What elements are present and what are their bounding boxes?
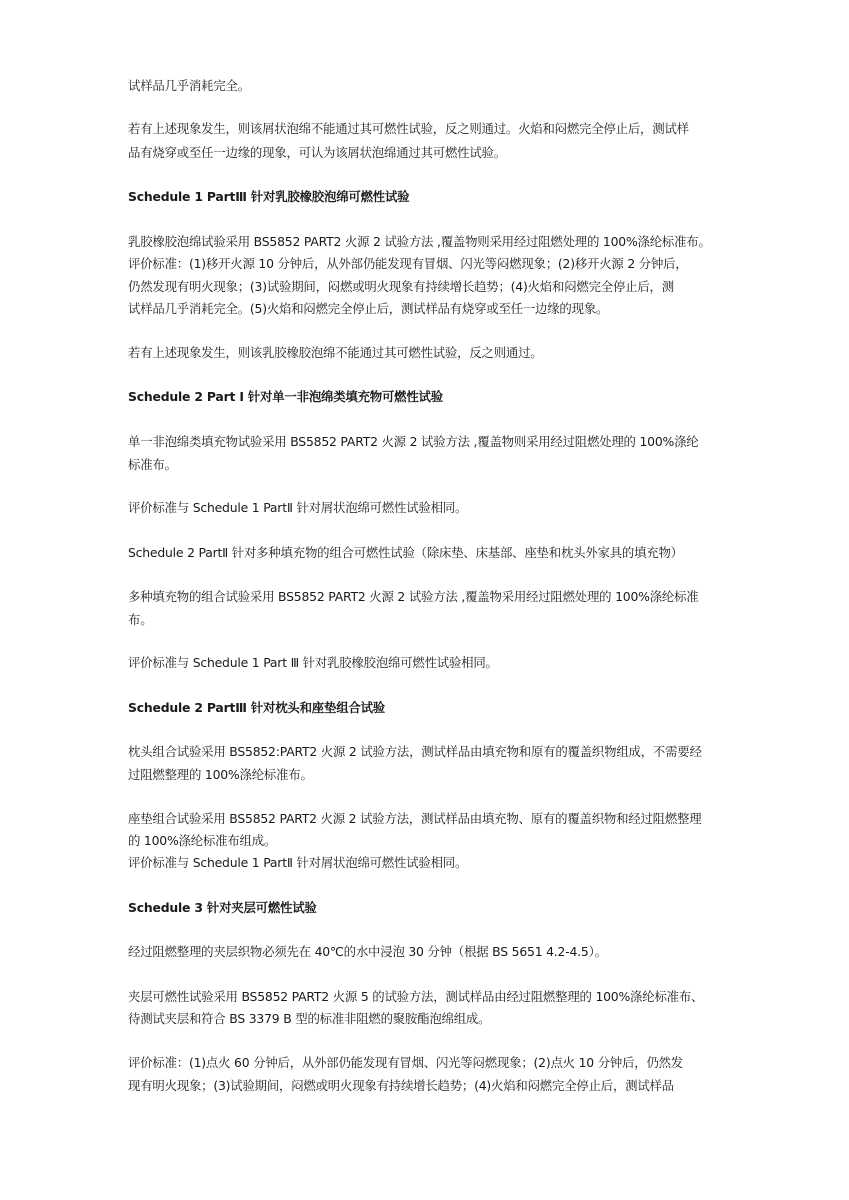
- paragraph-line: 评价标准：(1)点火 60 分钟后，从外部仍能发现有冒烟、闪光等闷燃现象；(2)…: [128, 1055, 683, 1071]
- paragraph-line: 标准布。: [128, 457, 177, 473]
- paragraph-line: 枕头组合试验采用 BS5852:PART2 火源 2 试验方法，测试样品由填充物…: [128, 744, 702, 760]
- section-heading: Schedule 2 PartⅢ 针对枕头和座垫组合试验: [128, 700, 385, 716]
- paragraph-line: 评价标准与 Schedule 1 Part Ⅲ 针对乳胶橡胶泡绵可燃性试验相同。: [128, 655, 498, 671]
- paragraph-line: 过阻燃整理的 100%涤纶标准布。: [128, 767, 313, 783]
- paragraph-line: 若有上述现象发生，则该乳胶橡胶泡绵不能通过其可燃性试验，反之则通过。: [128, 345, 542, 361]
- paragraph-line: 待测试夹层和符合 BS 3379 B 型的标准非阻燃的聚胺酯泡绵组成。: [128, 1011, 490, 1027]
- paragraph-line: 座垫组合试验采用 BS5852 PART2 火源 2 试验方法，测试样品由填充物…: [128, 811, 701, 827]
- paragraph-line: 评价标准与 Schedule 1 PartⅡ 针对屑状泡绵可燃性试验相同。: [128, 500, 467, 516]
- paragraph-line: 试样品几乎消耗完全。(5)火焰和闷燃完全停止后，测试样品有烧穿或至任一边缘的现象…: [128, 301, 608, 317]
- paragraph-line: 多种填充物的组合试验采用 BS5852 PART2 火源 2 试验方法 ,覆盖物…: [128, 589, 699, 605]
- paragraph-line: 试样品几乎消耗完全。: [128, 78, 250, 94]
- paragraph-line: 经过阻燃整理的夹层织物必须先在 40℃的水中浸泡 30 分钟（根据 BS 565…: [128, 944, 607, 960]
- paragraph-line: 品有烧穿或至任一边缘的现象，可认为该屑状泡绵通过其可燃性试验。: [128, 145, 506, 161]
- paragraph-line: 乳胶橡胶泡绵试验采用 BS5852 PART2 火源 2 试验方法 ,覆盖物则采…: [128, 234, 711, 250]
- section-heading: Schedule 1 PartⅢ 针对乳胶橡胶泡绵可燃性试验: [128, 189, 409, 205]
- paragraph-line: 评价标准：(1)移开火源 10 分钟后，从外部仍能发现有冒烟、闪光等闷燃现象；(…: [128, 256, 688, 272]
- paragraph-line: 夹层可燃性试验采用 BS5852 PART2 火源 5 的试验方法，测试样品由经…: [128, 989, 703, 1005]
- paragraph-line: 单一非泡绵类填充物试验采用 BS5852 PART2 火源 2 试验方法 ,覆盖…: [128, 434, 699, 450]
- paragraph-line: 评价标准与 Schedule 1 PartⅡ 针对屑状泡绵可燃性试验相同。: [128, 855, 467, 871]
- paragraph-line: Schedule 2 PartⅡ 针对多种填充物的组合可燃性试验（除床垫、床基部…: [128, 545, 683, 561]
- paragraph-line: 仍然发现有明火现象；(3)试验期间，闷燃或明火现象有持续增长趋势；(4)火焰和闷…: [128, 279, 674, 295]
- paragraph-line: 的 100%涤纶标准布组成。: [128, 833, 276, 849]
- paragraph-line: 布。: [128, 612, 152, 628]
- section-heading: Schedule 3 针对夹层可燃性试验: [128, 900, 317, 916]
- paragraph-line: 现有明火现象；(3)试验期间，闷燃或明火现象有持续增长趋势；(4)火焰和闷燃完全…: [128, 1078, 674, 1094]
- paragraph-line: 若有上述现象发生，则该屑状泡绵不能通过其可燃性试验，反之则通过。火焰和闷燃完全停…: [128, 121, 689, 137]
- section-heading: Schedule 2 Part Ⅰ 针对单一非泡绵类填充物可燃性试验: [128, 389, 443, 405]
